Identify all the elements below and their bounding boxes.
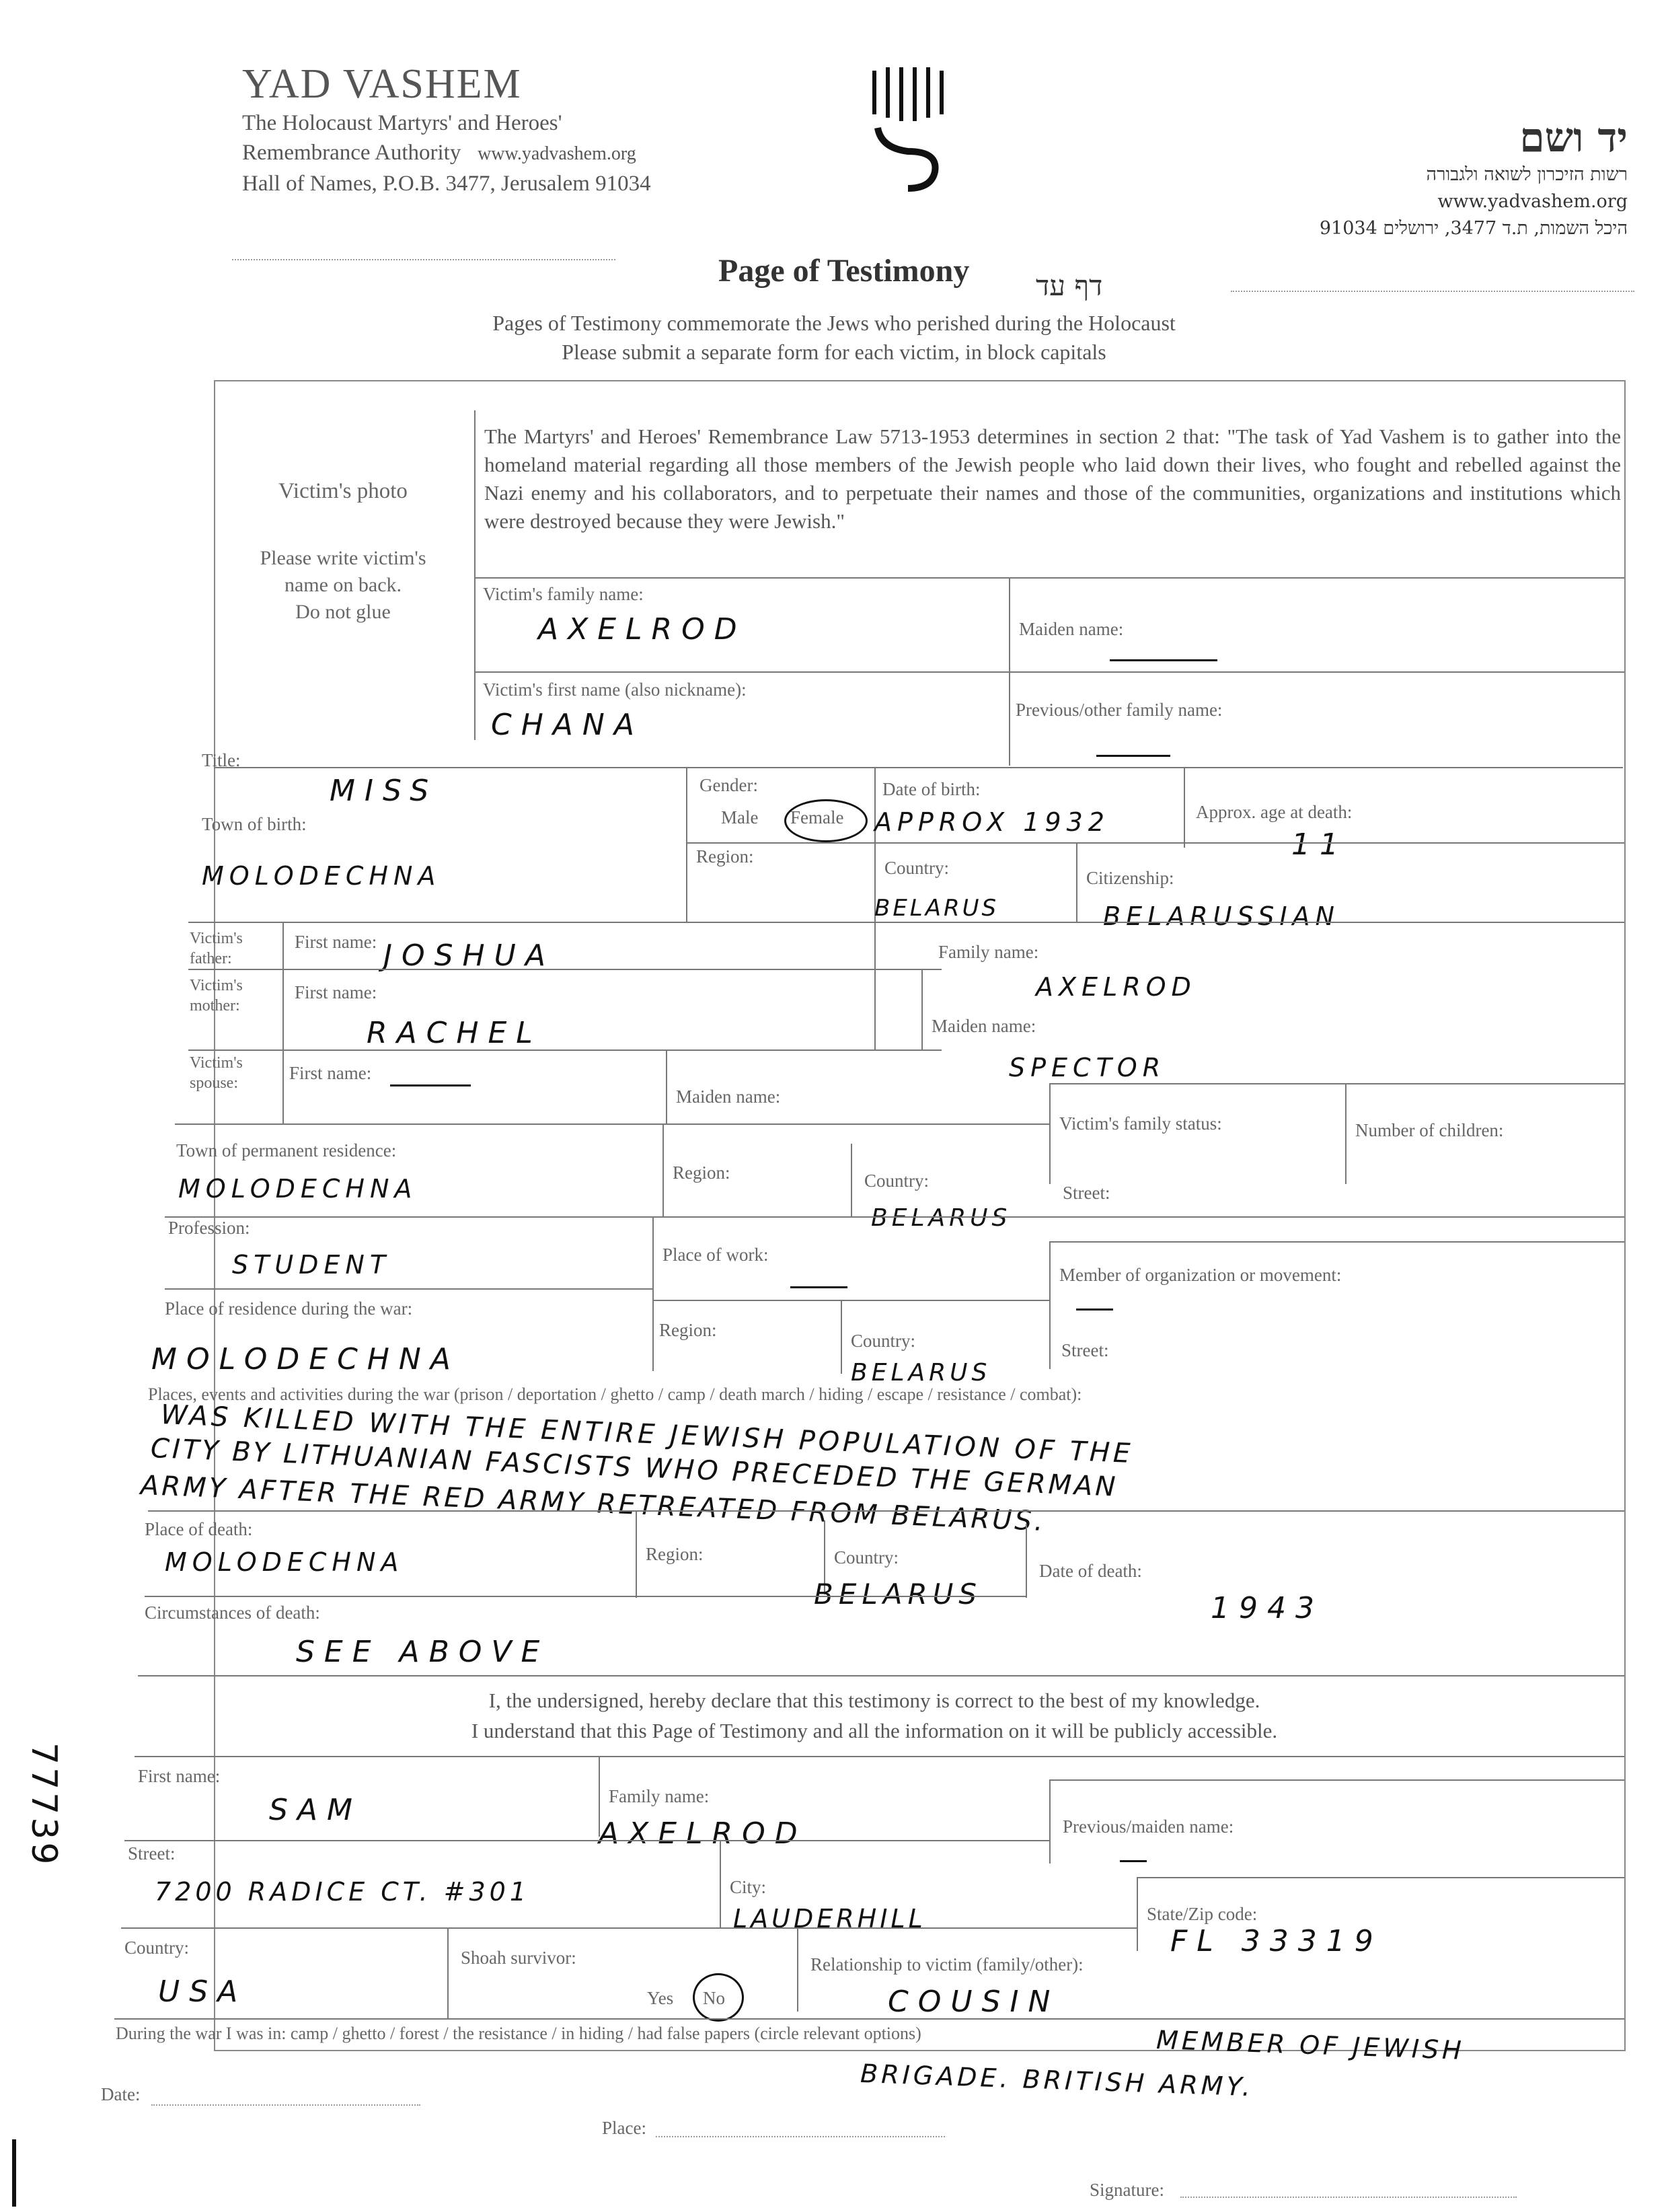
divider [1137, 1877, 1138, 1951]
city-label: City: [730, 1877, 766, 1898]
divider [214, 767, 1623, 768]
shoah-selected-circle [693, 1973, 744, 2022]
divider [138, 1675, 1624, 1676]
state-zip-label: State/Zip code: [1147, 1904, 1257, 1925]
divider [114, 2018, 1624, 2020]
org-subtitle-he: רשות הזיכרון לשואה ולגבורה [1320, 161, 1628, 188]
region-birth-label: Region: [696, 846, 754, 867]
town-of-birth-label: Town of birth: [202, 814, 307, 835]
divider [188, 1049, 942, 1051]
date-of-death-label: Date of death: [1039, 1561, 1142, 1582]
relationship-label: Relationship to victim (family/other): [810, 1954, 1084, 1975]
mother-maiden-name-label: Maiden name: [932, 1016, 1036, 1037]
war-region-label: Region: [659, 1320, 717, 1341]
divider [447, 1927, 449, 2018]
citizenship-field[interactable]: BELARUSSIAN [1103, 901, 1340, 931]
submitter-country-label: Country: [124, 1938, 189, 1958]
photo-box-note-2: name on back. [222, 572, 464, 599]
maiden-name-label: Maiden name: [1019, 619, 1123, 640]
place-of-work-field[interactable] [790, 1286, 847, 1288]
signature-label: Signature: [1090, 2180, 1164, 2201]
divider [686, 842, 1624, 844]
approx-age-label: Approx. age at death: [1196, 802, 1352, 823]
maiden-name-field[interactable] [1110, 659, 1217, 661]
law-text: The Martyrs' and Heroes' Remembrance Law… [484, 422, 1621, 536]
war-residence-field[interactable]: MOLODECHNA [151, 1342, 460, 1376]
victim-first-name-field[interactable]: CHANA [491, 708, 644, 742]
divider [636, 1510, 637, 1598]
date-of-birth-field[interactable]: APPROX 1932 [874, 807, 1110, 837]
divider [1049, 1083, 1051, 1184]
previous-maiden-label: Previous/maiden name: [1063, 1816, 1234, 1837]
margin-note: 77739 [24, 1742, 64, 1867]
mother-maiden-name-field[interactable]: SPECTOR [1009, 1053, 1166, 1082]
submitter-country-field[interactable]: USA [158, 1975, 247, 2009]
war-residence-label: Place of residence during the war: [165, 1298, 412, 1319]
divider [1049, 1241, 1624, 1243]
signature-field[interactable] [1180, 2197, 1517, 2198]
divider [1026, 1524, 1027, 1598]
divider [666, 1049, 667, 1123]
declaration-line-2: I understand that this Page of Testimony… [40, 1719, 1668, 1743]
shoah-survivor-label: Shoah survivor: [461, 1948, 576, 1968]
photo-box[interactable]: Victim's photo Please write victim's nam… [222, 464, 464, 626]
org-name-he: יד ושם [1320, 114, 1628, 161]
divider [652, 1216, 654, 1371]
date-label: Date: [101, 2084, 140, 2105]
war-events-label: Places, events and activities during the… [148, 1385, 1082, 1405]
submitter-family-name-field[interactable]: AXELROD [599, 1816, 807, 1851]
date-of-death-field[interactable]: 1943 [1211, 1591, 1324, 1625]
death-country-label: Country: [834, 1547, 899, 1568]
header-hebrew: יד ושם רשות הזיכרון לשואה ולגבורה www.ya… [1320, 114, 1628, 242]
residence-region-label: Region: [673, 1163, 730, 1183]
father-first-name-field[interactable]: JOSHUA [383, 938, 555, 973]
previous-family-name-field[interactable] [1096, 755, 1170, 757]
gender-option-male[interactable]: Male [721, 807, 758, 828]
citizenship-label: Citizenship: [1086, 868, 1174, 889]
place-of-work-label: Place of work: [662, 1245, 768, 1265]
divider [1049, 1779, 1051, 1864]
divider [1009, 671, 1010, 766]
victim-family-name-label: Victim's family name: [483, 584, 644, 605]
victim-family-name-field[interactable]: AXELROD [538, 612, 747, 647]
address-he: היכל השמות, ת.ד 3477, ירושלים 91034 [1320, 215, 1628, 242]
divider [1009, 577, 1010, 671]
divider [1184, 767, 1185, 848]
war-street-label: Street: [1061, 1340, 1108, 1361]
profession-field[interactable]: STUDENT [232, 1250, 391, 1280]
divider [135, 1756, 1624, 1757]
submitter-first-name-field[interactable]: SAM [269, 1793, 362, 1827]
submitter-family-name-label: Family name: [609, 1786, 709, 1807]
residence-country-label: Country: [864, 1171, 929, 1191]
divider [124, 1840, 1049, 1841]
town-of-birth-field[interactable]: MOLODECHNA [202, 861, 441, 891]
divider [1049, 1241, 1051, 1369]
during-war-field-line-2[interactable]: BRIGADE. BRITISH ARMY. [860, 2059, 1254, 2102]
death-region-label: Region: [646, 1544, 704, 1565]
divider [148, 1510, 1624, 1512]
menorah-logo-icon [868, 64, 948, 192]
divider [720, 1840, 721, 1927]
title-field[interactable]: MISS [330, 774, 438, 808]
divider [175, 1123, 1049, 1125]
org-subtitle-en-1: The Holocaust Martyrs' and Heroes' [242, 108, 651, 138]
photo-divider [474, 410, 476, 740]
father-family-name-field[interactable]: AXELROD [1036, 972, 1197, 1002]
address-en: Hall of Names, P.O.B. 3477, Jerusalem 91… [242, 169, 651, 198]
residence-town-label: Town of permanent residence: [176, 1140, 396, 1161]
divider [686, 767, 687, 922]
header-divider-left [232, 259, 615, 260]
victim-first-name-label: Victim's first name (also nickname): [483, 679, 747, 700]
place-label: Place: [602, 2118, 646, 2139]
place-of-death-field[interactable]: MOLODECHNA [165, 1547, 404, 1577]
photo-box-title: Victim's photo [222, 478, 464, 505]
gender-selected-circle [784, 799, 868, 842]
country-birth-label: Country: [884, 858, 949, 879]
page-title: Page of Testimony [718, 252, 969, 289]
during-war-label: During the war I was in: camp / ghetto /… [116, 2024, 921, 2044]
header-divider-right [1231, 291, 1634, 292]
gender-label: Gender: [699, 775, 758, 796]
death-country-field[interactable]: BELARUS [814, 1578, 982, 1611]
war-country-field[interactable]: BELARUS [851, 1359, 991, 1387]
divider [165, 1216, 1624, 1218]
place-of-death-label: Place of death: [145, 1519, 252, 1540]
intro-line-2: Please submit a separate form for each v… [0, 340, 1668, 365]
divider [1049, 1779, 1624, 1781]
header-english: YAD VASHEM The Holocaust Martyrs' and He… [242, 61, 651, 198]
previous-family-name-label: Previous/other family name: [1016, 700, 1222, 721]
photo-box-note-3: Do not glue [222, 599, 464, 626]
org-subtitle-en-2: Remembrance Authority [242, 141, 461, 165]
spouse-first-name-field[interactable] [390, 1084, 471, 1086]
divider [841, 1300, 842, 1374]
divider [1076, 842, 1077, 923]
divider [145, 1596, 1026, 1597]
divider [474, 671, 1624, 673]
submitter-street-label: Street: [128, 1843, 175, 1864]
spouse-first-name-label: First name: [289, 1063, 371, 1084]
divider [1137, 1877, 1624, 1878]
residence-country-field[interactable]: BELARUS [871, 1204, 1011, 1232]
relationship-field[interactable]: COUSIN [888, 1985, 1059, 2019]
divider [662, 1123, 664, 1218]
state-zip-field[interactable]: FL 33319 [1170, 1924, 1383, 1958]
mother-row-label: Victim's mother: [190, 975, 257, 1016]
spouse-row-label: Victim's spouse: [190, 1053, 257, 1093]
father-family-name-label: Family name: [938, 942, 1038, 963]
divider [1345, 1083, 1347, 1184]
circumstances-label: Circumstances of death: [145, 1602, 320, 1623]
org-name-en: YAD VASHEM [242, 61, 651, 108]
shoah-option-yes[interactable]: Yes [647, 1988, 673, 2009]
profession-label: Profession: [168, 1218, 250, 1239]
divider [188, 922, 1624, 923]
divider [652, 1300, 1049, 1301]
divider [165, 1288, 652, 1290]
residence-street-label: Street: [1063, 1183, 1110, 1204]
photo-box-note-1: Please write victim's [222, 545, 464, 572]
intro-line-1: Pages of Testimony commemorate the Jews … [0, 311, 1668, 336]
country-birth-field[interactable]: BELARUS [874, 895, 999, 922]
divider [121, 1927, 1137, 1929]
circumstances-field[interactable]: SEE ABOVE [296, 1635, 549, 1669]
place-field[interactable] [656, 2136, 945, 2137]
title-label: Title: [202, 750, 241, 771]
submitter-street-field[interactable]: 7200 RADICE CT. #301 [155, 1877, 530, 1907]
mother-first-name-label: First name: [295, 982, 377, 1003]
family-status-label: Victim's family status: [1059, 1113, 1222, 1134]
divider [474, 577, 1624, 579]
divider [188, 969, 942, 970]
page-title-hebrew: דף עד [1036, 269, 1102, 303]
divider [921, 969, 923, 1049]
city-field[interactable]: LAUDERHILL [733, 1904, 926, 1933]
previous-maiden-field[interactable] [1120, 1860, 1147, 1862]
approx-age-field[interactable]: 11 [1291, 827, 1348, 862]
divider [282, 922, 284, 1123]
father-first-name-label: First name: [295, 932, 377, 953]
divider [851, 1144, 852, 1218]
website-en: www.yadvashem.org [478, 143, 636, 164]
website-he: www.yadvashem.org [1320, 188, 1628, 215]
submitter-first-name-label: First name: [138, 1766, 220, 1787]
divider [797, 1927, 798, 2012]
number-of-children-label: Number of children: [1355, 1120, 1503, 1141]
spouse-maiden-name-label: Maiden name: [676, 1086, 780, 1107]
declaration-line-1: I, the undersigned, hereby declare that … [40, 1689, 1668, 1713]
father-row-label: Victim's father: [190, 928, 257, 969]
member-org-label: Member of organization or movement: [1059, 1265, 1341, 1286]
war-country-label: Country: [851, 1331, 915, 1352]
mother-first-name-field[interactable]: RACHEL [367, 1016, 542, 1050]
member-org-field[interactable] [1076, 1308, 1113, 1311]
scan-mark [12, 2139, 16, 2207]
residence-town-field[interactable]: MOLODECHNA [178, 1174, 417, 1204]
date-field[interactable] [151, 2104, 420, 2106]
date-of-birth-label: Date of birth: [882, 779, 980, 800]
divider [1049, 1083, 1624, 1084]
